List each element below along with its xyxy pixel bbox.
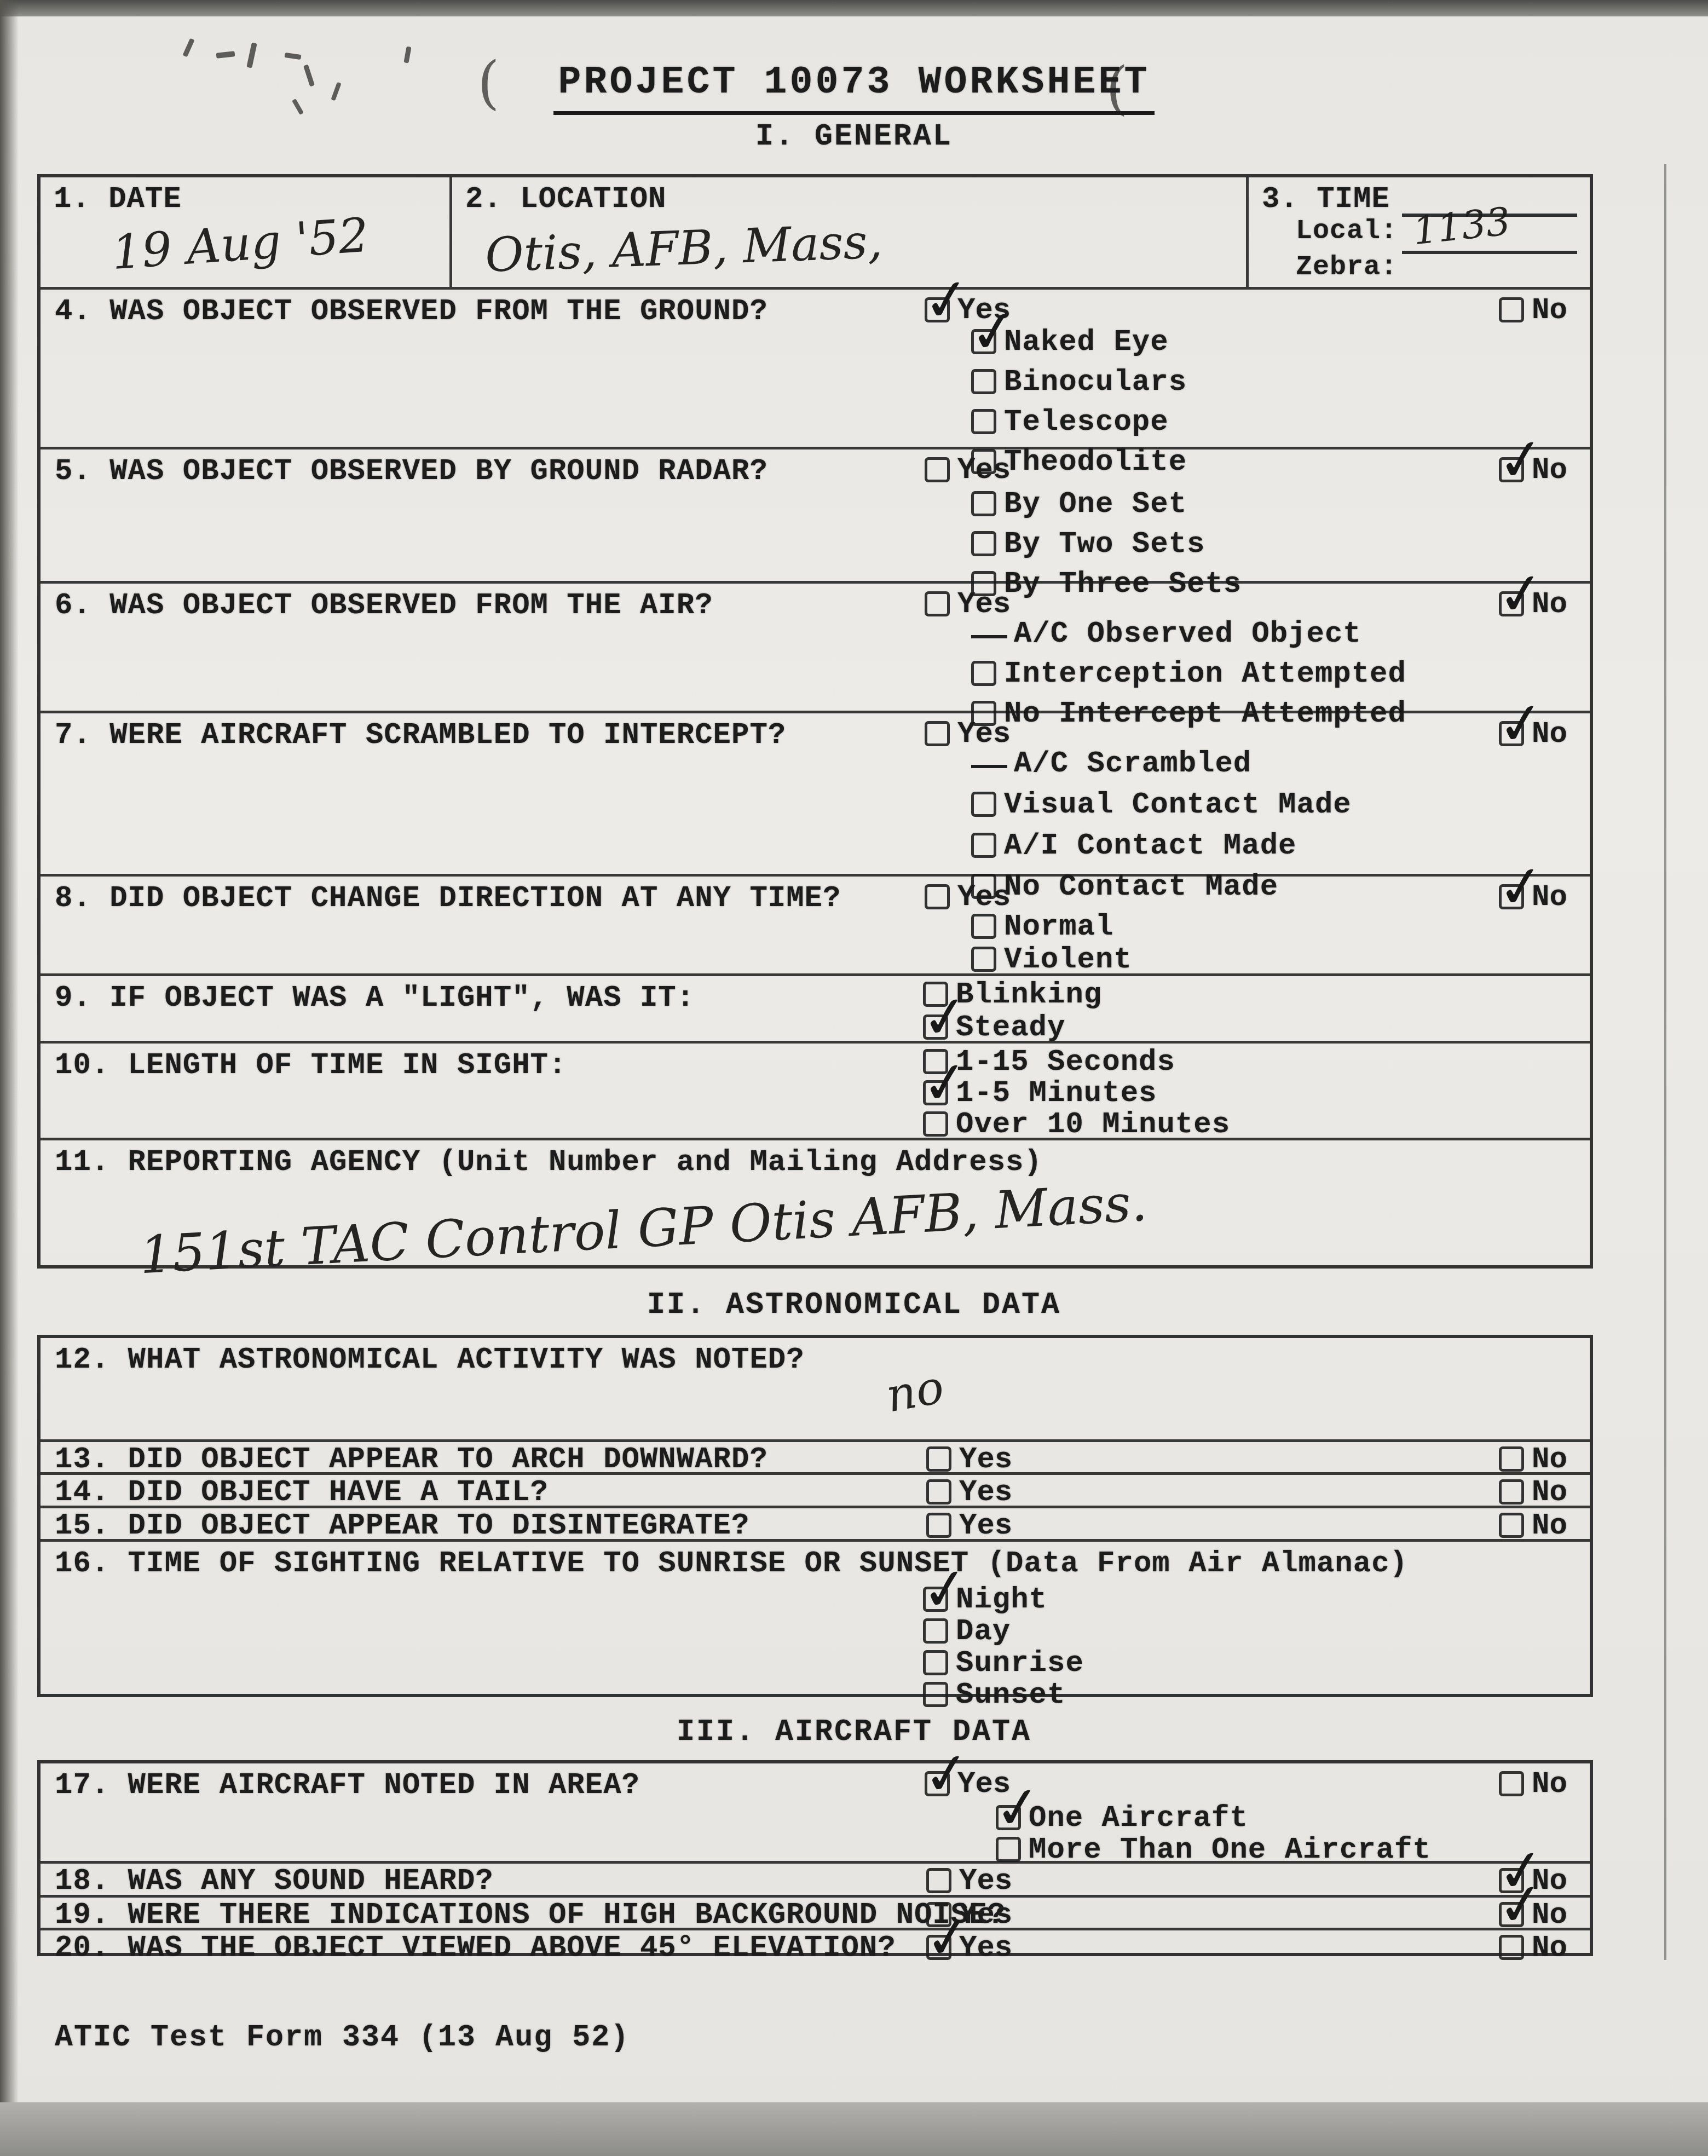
- q18-yes-checkbox[interactable]: [926, 1868, 951, 1893]
- q13-no-checkbox[interactable]: [1499, 1446, 1524, 1472]
- sub-label: 1-5 Minutes: [956, 1077, 1157, 1110]
- q6-yes-checkbox[interactable]: [925, 591, 950, 616]
- q17-more-than-one-checkbox[interactable]: [996, 1837, 1021, 1862]
- yes-label: Yes: [959, 1865, 1012, 1898]
- q7-yes-checkbox[interactable]: [925, 721, 950, 746]
- q13-yes-checkbox[interactable]: [926, 1446, 951, 1472]
- sub-label: Violent: [1004, 943, 1132, 977]
- location-cell: 2. LOCATION Otis, AFB, Mass,: [449, 177, 1246, 287]
- question-row-5: 5. WAS OBJECT OBSERVED BY GROUND RADAR? …: [41, 447, 1590, 581]
- astronomical-activity-value: no: [882, 1360, 948, 1423]
- question-label: 5. WAS OBJECT OBSERVED BY GROUND RADAR?: [55, 455, 768, 488]
- header-row: 1. DATE 19 Aug '52 2. LOCATION Otis, AFB…: [41, 177, 1590, 287]
- q8-normal-checkbox[interactable]: [971, 914, 996, 939]
- question-label: 10. LENGTH OF TIME IN SIGHT:: [55, 1049, 567, 1082]
- question-row-15: 15. DID OBJECT APPEAR TO DISINTEGRATE? Y…: [41, 1506, 1590, 1539]
- question-label: 4. WAS OBJECT OBSERVED FROM THE GROUND?: [55, 295, 768, 328]
- q16-day-checkbox[interactable]: [923, 1618, 948, 1644]
- q4-naked-eye-checkbox[interactable]: [971, 329, 996, 354]
- sub-label: Visual Contact Made: [1004, 788, 1352, 822]
- date-cell: 1. DATE 19 Aug '52: [41, 177, 449, 287]
- q9-steady-checkbox[interactable]: [923, 1014, 948, 1040]
- astronomical-table: 12. WHAT ASTRONOMICAL ACTIVITY WAS NOTED…: [37, 1335, 1593, 1697]
- sub-label: 1-15 Seconds: [956, 1046, 1175, 1079]
- sub-label: Telescope: [1004, 406, 1169, 439]
- sub-label: By One Set: [1004, 488, 1187, 521]
- no-label: No: [1532, 294, 1567, 327]
- q14-yes-checkbox[interactable]: [926, 1479, 951, 1504]
- q6-interception-attempted-checkbox[interactable]: [971, 661, 996, 686]
- q10-over-10-minutes-checkbox[interactable]: [923, 1111, 948, 1137]
- section-aircraft-heading: III. AIRCRAFT DATA: [0, 1715, 1708, 1749]
- q4-yes-checkbox[interactable]: [925, 297, 950, 322]
- reporting-agency-value: 151st TAC Control GP Otis AFB, Mass.: [138, 1173, 1149, 1285]
- q19-no-checkbox[interactable]: [1499, 1902, 1524, 1927]
- scan-line-artifact: [1664, 164, 1666, 1960]
- yes-label: Yes: [957, 588, 1011, 621]
- q14-no-checkbox[interactable]: [1499, 1479, 1524, 1504]
- yes-label: Yes: [959, 1509, 1012, 1543]
- q16-sunset-checkbox[interactable]: [923, 1682, 948, 1707]
- question-row-7: 7. WERE AIRCRAFT SCRAMBLED TO INTERCEPT?…: [41, 711, 1590, 874]
- yes-label: Yes: [959, 1476, 1012, 1509]
- sub-label: Normal: [1004, 910, 1113, 944]
- aircraft-table: 17. WERE AIRCRAFT NOTED IN AREA? Yes No …: [37, 1760, 1593, 1956]
- q16-sunrise-checkbox[interactable]: [923, 1650, 948, 1675]
- q17-no-checkbox[interactable]: [1499, 1771, 1524, 1796]
- question-label: 11. REPORTING AGENCY (Unit Number and Ma…: [55, 1146, 1042, 1179]
- q5-yes-checkbox[interactable]: [925, 457, 950, 482]
- q7-ac-scrambled-line[interactable]: [971, 765, 1007, 768]
- q16-night-checkbox[interactable]: [923, 1587, 948, 1612]
- q8-violent-checkbox[interactable]: [971, 947, 996, 972]
- scan-edge-top: [0, 0, 1708, 16]
- q8-no-checkbox[interactable]: [1499, 884, 1524, 909]
- question-row-18: 18. WAS ANY SOUND HEARD? Yes No: [41, 1861, 1590, 1895]
- q6-ac-observed-line[interactable]: [971, 635, 1007, 638]
- question-label: 19. WERE THERE INDICATIONS OF HIGH BACKG…: [55, 1899, 1006, 1932]
- q17-yes-checkbox[interactable]: [925, 1771, 950, 1796]
- time-local-label: Local:: [1296, 216, 1398, 247]
- time-cell: 3. TIME Local: 1133 Zebra:: [1246, 177, 1596, 287]
- yes-label: Yes: [957, 881, 1011, 914]
- sub-label: One Aircraft: [1029, 1802, 1248, 1835]
- no-label: No: [1532, 1509, 1567, 1543]
- sub-label: A/I Contact Made: [1004, 829, 1296, 863]
- time-label: 3. TIME: [1262, 183, 1390, 216]
- q20-no-checkbox[interactable]: [1499, 1935, 1524, 1960]
- question-row-19: 19. WERE THERE INDICATIONS OF HIGH BACKG…: [41, 1895, 1590, 1928]
- location-value: Otis, AFB, Mass,: [484, 214, 883, 283]
- sub-label: Sunrise: [956, 1647, 1084, 1680]
- question-label: 13. DID OBJECT APPEAR TO ARCH DOWNWARD?: [55, 1443, 768, 1477]
- question-label: 9. IF OBJECT WAS A "LIGHT", WAS IT:: [55, 982, 695, 1015]
- question-row-9: 9. IF OBJECT WAS A "LIGHT", WAS IT: Blin…: [41, 973, 1590, 1041]
- q8-yes-checkbox[interactable]: [925, 884, 950, 909]
- sub-label: Interception Attempted: [1004, 658, 1406, 691]
- question-row-10: 10. LENGTH OF TIME IN SIGHT: 1-15 Second…: [41, 1041, 1590, 1138]
- question-label: 14. DID OBJECT HAVE A TAIL?: [55, 1476, 549, 1509]
- date-label: 1. DATE: [54, 183, 182, 216]
- time-local-line[interactable]: [1402, 214, 1577, 217]
- question-row-16: 16. TIME OF SIGHTING RELATIVE TO SUNRISE…: [41, 1539, 1590, 1700]
- sub-label: A/C Observed Object: [1014, 618, 1361, 651]
- question-label: 6. WAS OBJECT OBSERVED FROM THE AIR?: [55, 589, 713, 622]
- scanned-worksheet-page: ( ( PROJECT 10073 WORKSHEET I. GENERAL 1…: [0, 0, 1708, 2156]
- form-number-footer: ATIC Test Form 334 (13 Aug 52): [55, 2020, 630, 2055]
- q4-telescope-checkbox[interactable]: [971, 409, 996, 434]
- question-label: 7. WERE AIRCRAFT SCRAMBLED TO INTERCEPT?: [55, 719, 786, 752]
- sub-label: Steady: [956, 1011, 1065, 1045]
- sub-label: Blinking: [956, 978, 1102, 1012]
- q17-one-aircraft-checkbox[interactable]: [996, 1805, 1021, 1830]
- sub-label: Naked Eye: [1004, 326, 1169, 359]
- section-general-heading: I. GENERAL: [0, 119, 1708, 154]
- question-row-8: 8. DID OBJECT CHANGE DIRECTION AT ANY TI…: [41, 874, 1590, 973]
- sub-label: By Two Sets: [1004, 528, 1205, 561]
- q4-binoculars-checkbox[interactable]: [971, 369, 996, 394]
- sub-label: Over 10 Minutes: [956, 1108, 1230, 1142]
- q10-1-5-minutes-checkbox[interactable]: [923, 1080, 948, 1105]
- question-row-20: 20. WAS THE OBJECT VIEWED ABOVE 45° ELEV…: [41, 1928, 1590, 1959]
- question-label: 8. DID OBJECT CHANGE DIRECTION AT ANY TI…: [55, 882, 841, 915]
- question-label: 12. WHAT ASTRONOMICAL ACTIVITY WAS NOTED…: [55, 1344, 805, 1377]
- sub-label: A/C Scrambled: [1014, 747, 1251, 781]
- scan-edge-bottom: [0, 2102, 1708, 2156]
- question-row-14: 14. DID OBJECT HAVE A TAIL? Yes No: [41, 1472, 1590, 1506]
- time-zebra-label: Zebra:: [1296, 252, 1398, 283]
- question-row-13: 13. DID OBJECT APPEAR TO ARCH DOWNWARD? …: [41, 1439, 1590, 1472]
- pencil-scribble: [285, 53, 302, 60]
- no-label: No: [1532, 1768, 1567, 1801]
- page-title: PROJECT 10073 WORKSHEET: [0, 61, 1708, 105]
- question-label: 18. WAS ANY SOUND HEARD?: [55, 1865, 494, 1898]
- q15-no-checkbox[interactable]: [1499, 1513, 1524, 1538]
- time-local-value: 1133: [1411, 199, 1513, 253]
- question-row-17: 17. WERE AIRCRAFT NOTED IN AREA? Yes No …: [41, 1763, 1590, 1861]
- pencil-scribble: [182, 38, 194, 57]
- question-row-12: 12. WHAT ASTRONOMICAL ACTIVITY WAS NOTED…: [41, 1338, 1590, 1439]
- scan-edge-left: [0, 0, 19, 2156]
- time-zebra-line[interactable]: [1402, 251, 1577, 254]
- q15-yes-checkbox[interactable]: [926, 1513, 951, 1538]
- date-value: 19 Aug '52: [110, 208, 371, 281]
- location-label: 2. LOCATION: [465, 183, 666, 216]
- q5-no-checkbox[interactable]: [1499, 457, 1524, 482]
- sub-label: Sunset: [956, 1679, 1065, 1712]
- q5-one-set-checkbox[interactable]: [971, 491, 996, 516]
- q6-no-checkbox[interactable]: [1499, 591, 1524, 616]
- question-label: 17. WERE AIRCRAFT NOTED IN AREA?: [55, 1769, 640, 1802]
- general-table: 1. DATE 19 Aug '52 2. LOCATION Otis, AFB…: [37, 174, 1593, 1269]
- sub-label: Binoculars: [1004, 366, 1187, 399]
- question-label: 20. WAS THE OBJECT VIEWED ABOVE 45° ELEV…: [55, 1932, 896, 1965]
- yes-label: Yes: [957, 454, 1011, 487]
- section-astronomical-heading: II. ASTRONOMICAL DATA: [0, 1288, 1708, 1322]
- q20-yes-checkbox[interactable]: [926, 1935, 951, 1960]
- yes-label: Yes: [959, 1443, 1012, 1477]
- q7-ai-contact-checkbox[interactable]: [971, 833, 996, 858]
- q4-no-checkbox[interactable]: [1499, 297, 1524, 322]
- question-row-4: 4. WAS OBJECT OBSERVED FROM THE GROUND? …: [41, 287, 1590, 447]
- q7-visual-contact-checkbox[interactable]: [971, 792, 996, 817]
- no-label: No: [1532, 1476, 1567, 1509]
- q7-no-checkbox[interactable]: [1499, 721, 1524, 746]
- no-label: No: [1532, 1443, 1567, 1477]
- question-label: 16. TIME OF SIGHTING RELATIVE TO SUNRISE…: [55, 1547, 1408, 1581]
- question-row-11: 11. REPORTING AGENCY (Unit Number and Ma…: [41, 1138, 1590, 1272]
- no-label: No: [1532, 1932, 1567, 1965]
- yes-label: Yes: [957, 718, 1011, 751]
- question-label: 15. DID OBJECT APPEAR TO DISINTEGRATE?: [55, 1509, 749, 1543]
- q5-two-sets-checkbox[interactable]: [971, 531, 996, 556]
- pencil-scribble: [403, 46, 411, 63]
- question-row-6: 6. WAS OBJECT OBSERVED FROM THE AIR? Yes…: [41, 581, 1590, 711]
- pencil-scribble: [216, 51, 235, 58]
